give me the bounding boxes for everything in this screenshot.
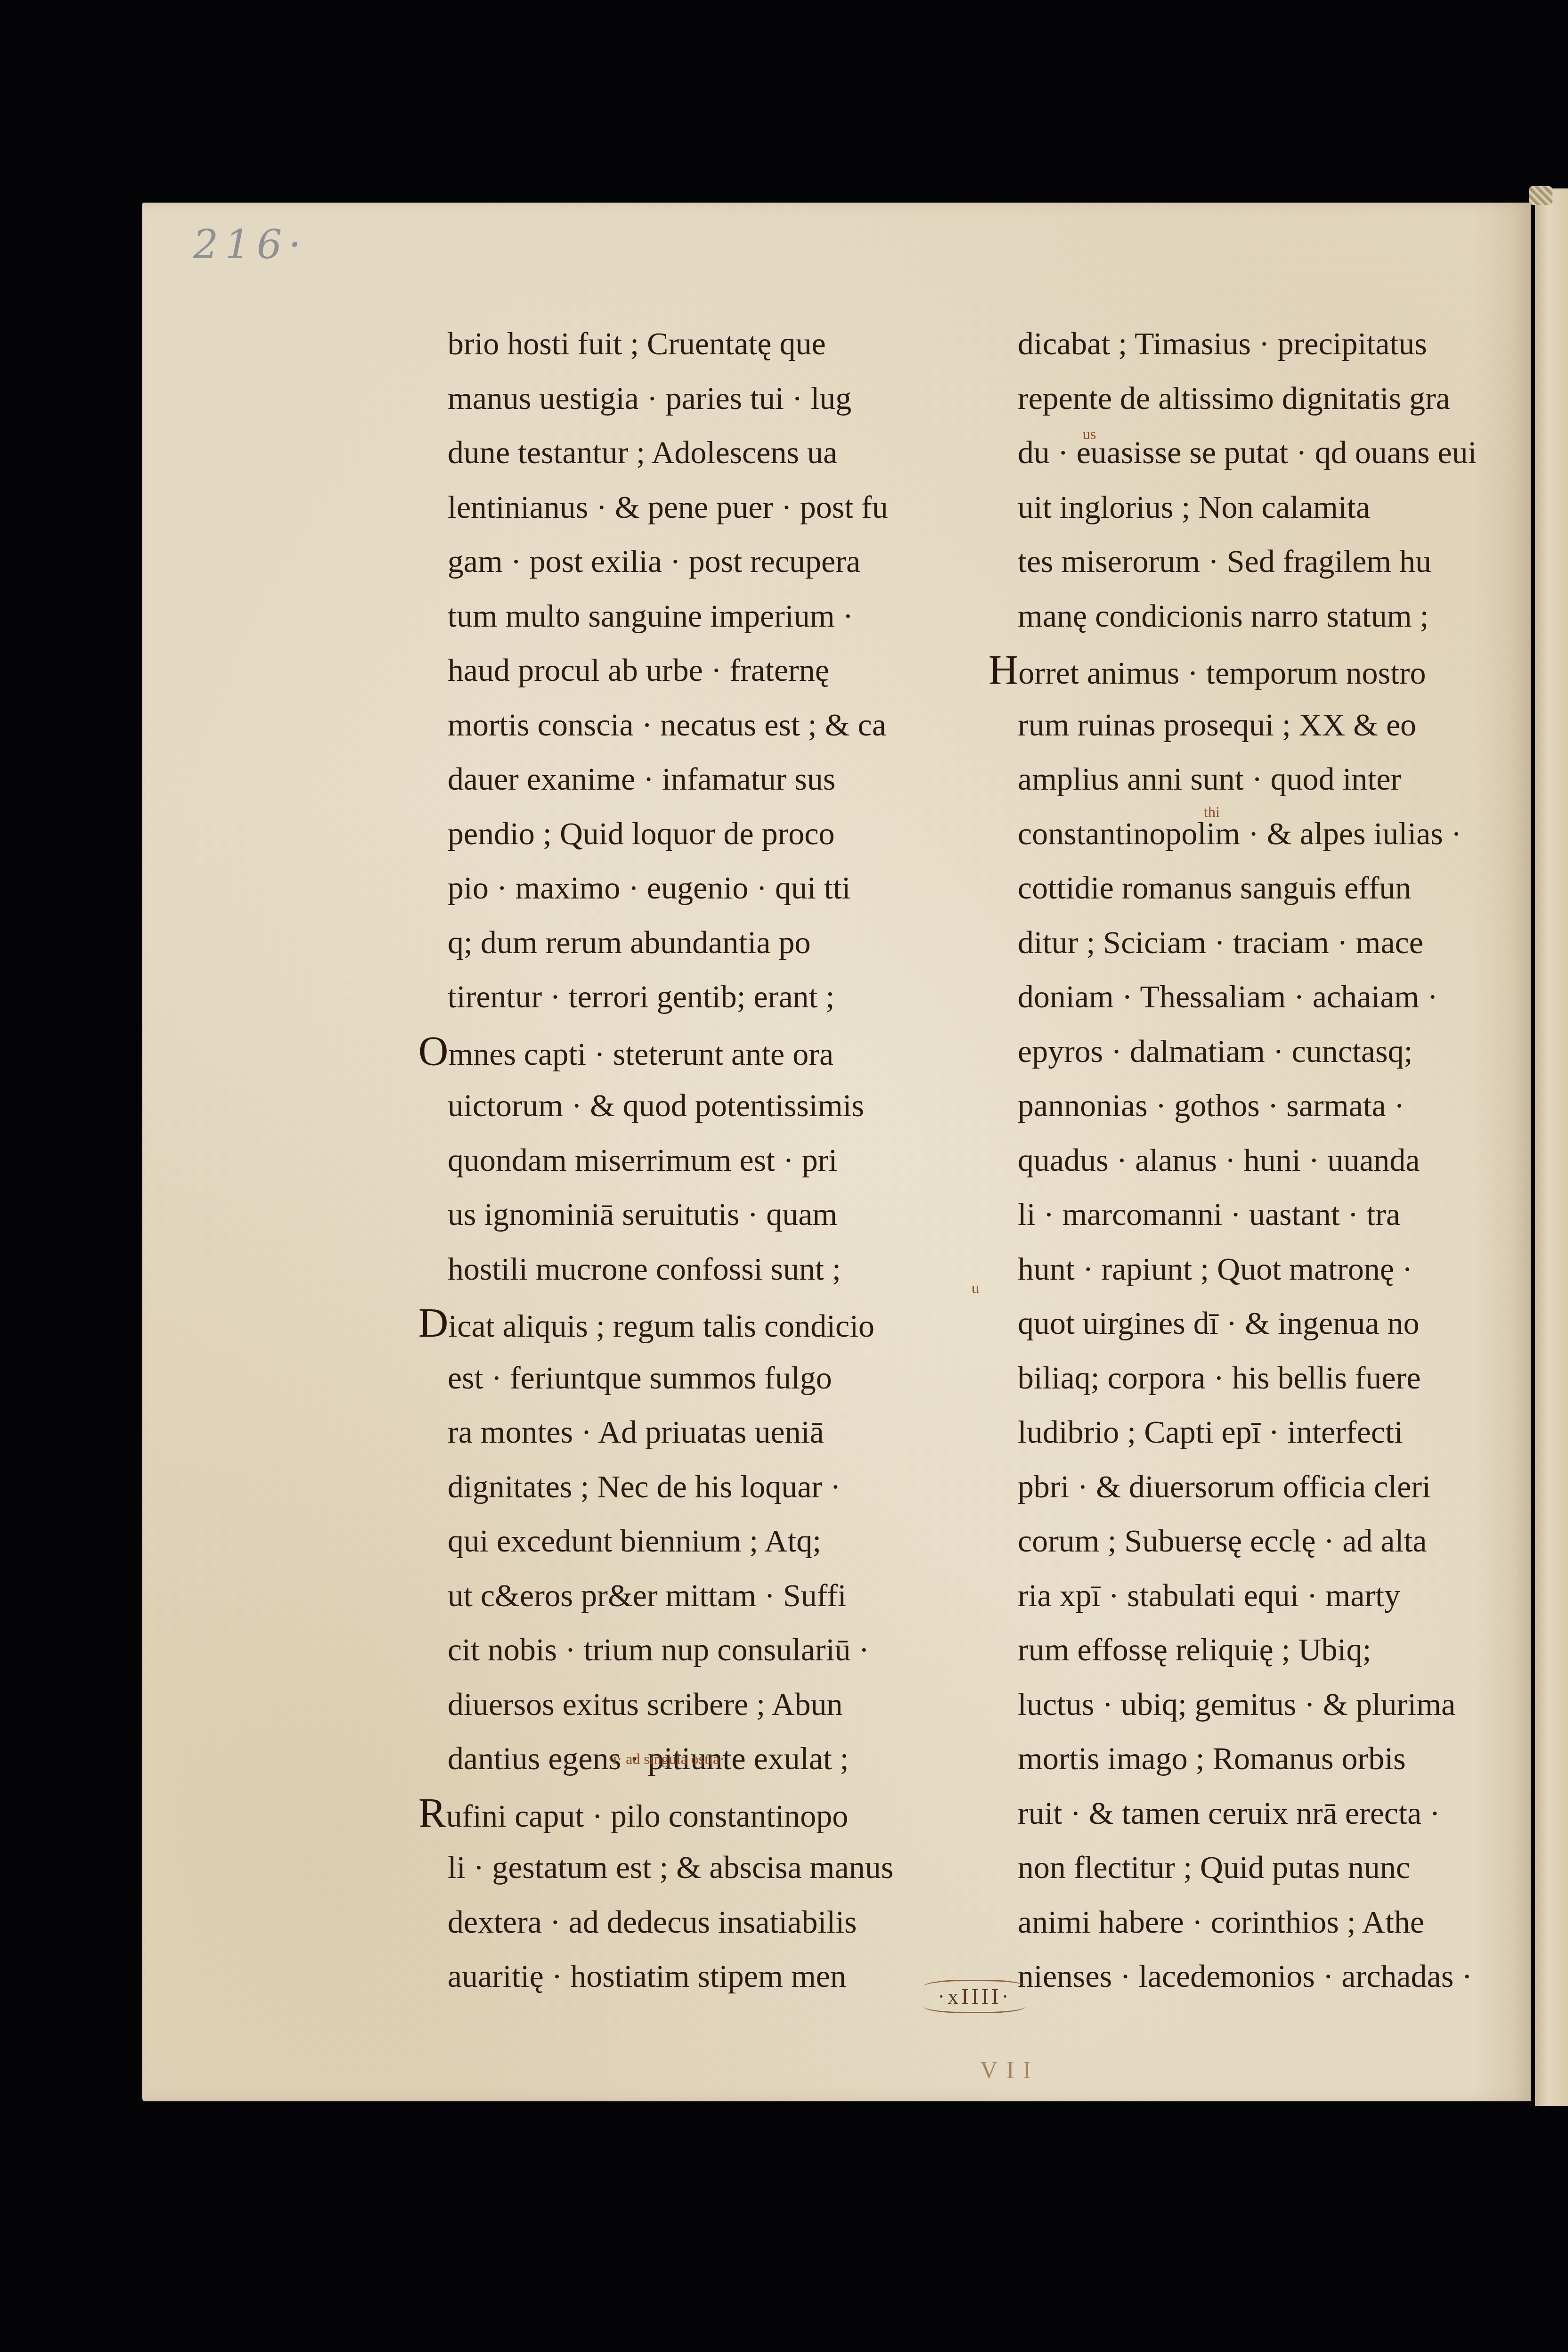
manuscript-line: hunt · rapiunt ; Quot matronę · xyxy=(1018,1242,1527,1297)
line-text: icat aliquis ; regum talis condicio xyxy=(449,1308,875,1344)
manuscript-line: Horret animus · temporum nostro xyxy=(988,643,1527,698)
manuscript-line: est · feriuntque summos fulgo xyxy=(448,1351,980,1405)
quire-mark: VII xyxy=(980,2057,1039,2084)
manuscript-line: diuersos exitus scribere ; Abun xyxy=(448,1677,980,1732)
manuscript-line: epyros · dalmatiam · cunctasq; xyxy=(1018,1024,1527,1079)
manuscript-line: hostili mucrone confossi sunt ; xyxy=(448,1242,980,1297)
manuscript-line: ra montes · Ad priuatas ueniā xyxy=(448,1405,980,1460)
folio-number: 216· xyxy=(193,221,308,268)
manuscript-line: uit inglorius ; Non calamita xyxy=(1018,480,1527,535)
manuscript-line: cit nobis · trium nup consulariū · xyxy=(448,1623,980,1677)
manuscript-line: ludibrio ; Capti epī · interfecti xyxy=(1018,1405,1527,1460)
manuscript-line: Rufini caput · pilo constantinopo xyxy=(418,1786,980,1841)
manuscript-line: quot uirgines dī · & ingenua no xyxy=(1018,1296,1527,1351)
manuscript-line: pio · maximo · eugenio · qui tti xyxy=(448,861,980,915)
capital-initial: O xyxy=(418,1029,449,1074)
manuscript-line: gam · post exilia · post recupera xyxy=(448,534,980,589)
manuscript-line: nienses · lacedemonios · archadas · xyxy=(1018,1949,1527,2004)
manuscript-line: ruit · & tamen ceruix nrā erecta · xyxy=(1018,1786,1527,1841)
text-column-right: dicabat ; Timasius · precipitatusrepente… xyxy=(1018,317,1527,2004)
manuscript-line: uictorum · & quod potentissimis xyxy=(448,1078,980,1133)
binding-thread xyxy=(1529,186,1552,205)
manuscript-line: amplius anni sunt · quod inter xyxy=(1018,752,1527,807)
manuscript-line: pannonias · gothos · sarmata · xyxy=(1018,1078,1527,1133)
manuscript-line: rum effossę reliquię ; Ubiq; xyxy=(1018,1623,1527,1677)
manuscript-line: mortis conscia · necatus est ; & ca xyxy=(448,698,980,752)
manuscript-line: doniam · Thessaliam · achaiam · xyxy=(1018,970,1527,1024)
manuscript-line: non flectitur ; Quid putas nunc xyxy=(1018,1840,1527,1895)
manuscript-line: dune testantur ; Adolescens ua xyxy=(448,425,980,480)
manuscript-line: li · gestatum est ; & abscisa manus xyxy=(448,1840,980,1895)
manuscript-line: ut c&eros pr&er mittam · Suffi xyxy=(448,1568,980,1623)
manuscript-line: repente de altissimo dignitatis gra xyxy=(1018,371,1527,426)
manuscript-line: brio hosti fuit ; Cruentatę que xyxy=(448,317,980,371)
manuscript-line: tirentur · terrori gentib; erant ; xyxy=(448,970,980,1024)
manuscript-line: pbri · & diuersorum officia cleri xyxy=(1018,1460,1527,1514)
manuscript-line: mortis imago ; Romanus orbis xyxy=(1018,1731,1527,1786)
manuscript-line: tes miserorum · Sed fragilem hu xyxy=(1018,534,1527,589)
manuscript-line: auaritię · hostiatim stipem men xyxy=(448,1949,980,2004)
line-text: orret animus · temporum nostro xyxy=(1019,655,1426,691)
manuscript-line: animi habere · corinthios ; Athe xyxy=(1018,1895,1527,1950)
interlinear-correction: thi xyxy=(1204,803,1220,821)
manuscript-line: Omnes capti · steterunt ante ora xyxy=(418,1024,980,1079)
manuscript-line: tum multo sanguine imperium · xyxy=(448,589,980,644)
capital-initial: D xyxy=(418,1300,449,1346)
manuscript-line: constantinopolim · & alpes iulias · xyxy=(1018,807,1527,861)
line-text: mnes capti · steterunt ante ora xyxy=(449,1036,834,1072)
manuscript-line: Dicat aliquis ; regum talis condicio xyxy=(418,1296,980,1351)
manuscript-line: dextera · ad dedecus insatiabilis xyxy=(448,1895,980,1950)
capital-initial: R xyxy=(418,1790,446,1836)
manuscript-line: q; dum rerum abundantia po xyxy=(448,915,980,970)
manuscript-line: lentinianus · & pene puer · post fu xyxy=(448,480,980,535)
manuscript-line: rum ruinas prosequi ; XX & eo xyxy=(1018,698,1527,752)
manuscript-line: haud procul ab urbe · fraternę xyxy=(448,643,980,698)
manuscript-line: dicabat ; Timasius · precipitatus xyxy=(1018,317,1527,371)
manuscript-line: dauer exanime · infamatur sus xyxy=(448,752,980,807)
manuscript-line: qui excedunt biennium ; Atq; xyxy=(448,1514,980,1568)
manuscript-line: quondam miserrimum est · pri xyxy=(448,1133,980,1188)
manuscript-line: cottidie romanus sanguis effun xyxy=(1018,861,1527,915)
manuscript-line: li · marcomanni · uastant · tra xyxy=(1018,1187,1527,1242)
manuscript-line: pendio ; Quid loquor de proco xyxy=(448,807,980,861)
manuscript-line: biliaq; corpora · his bellis fuere xyxy=(1018,1351,1527,1405)
manuscript-line: dignitates ; Nec de his loquar · xyxy=(448,1460,980,1514)
manuscript-line: manus uestigia · paries tui · lug xyxy=(448,371,980,426)
interlinear-gloss: ·i· ad singula ostia· xyxy=(608,1750,725,1768)
manuscript-line: ria xpī · stabulati equi · marty xyxy=(1018,1568,1527,1623)
capital-initial: H xyxy=(988,647,1019,693)
interlinear-correction: u xyxy=(972,1279,979,1297)
adjacent-page-edge xyxy=(1535,188,1568,2106)
manuscript-line: us ignominiā seruitutis · quam xyxy=(448,1187,980,1242)
line-text: ufini caput · pilo constantinopo xyxy=(446,1798,849,1834)
manuscript-line: manę condicionis narro statum ; xyxy=(1018,589,1527,644)
manuscript-line: quadus · alanus · huni · uuanda xyxy=(1018,1133,1527,1188)
manuscript-line: corum ; Subuersę ecclę · ad alta xyxy=(1018,1514,1527,1568)
manuscript-line: ditur ; Sciciam · traciam · mace xyxy=(1018,915,1527,970)
quire-signature: ·xIIII· xyxy=(923,1980,1026,2013)
manuscript-line: luctus · ubiq; gemitus · & plurima xyxy=(1018,1677,1527,1732)
interlinear-correction: us xyxy=(1083,425,1096,443)
